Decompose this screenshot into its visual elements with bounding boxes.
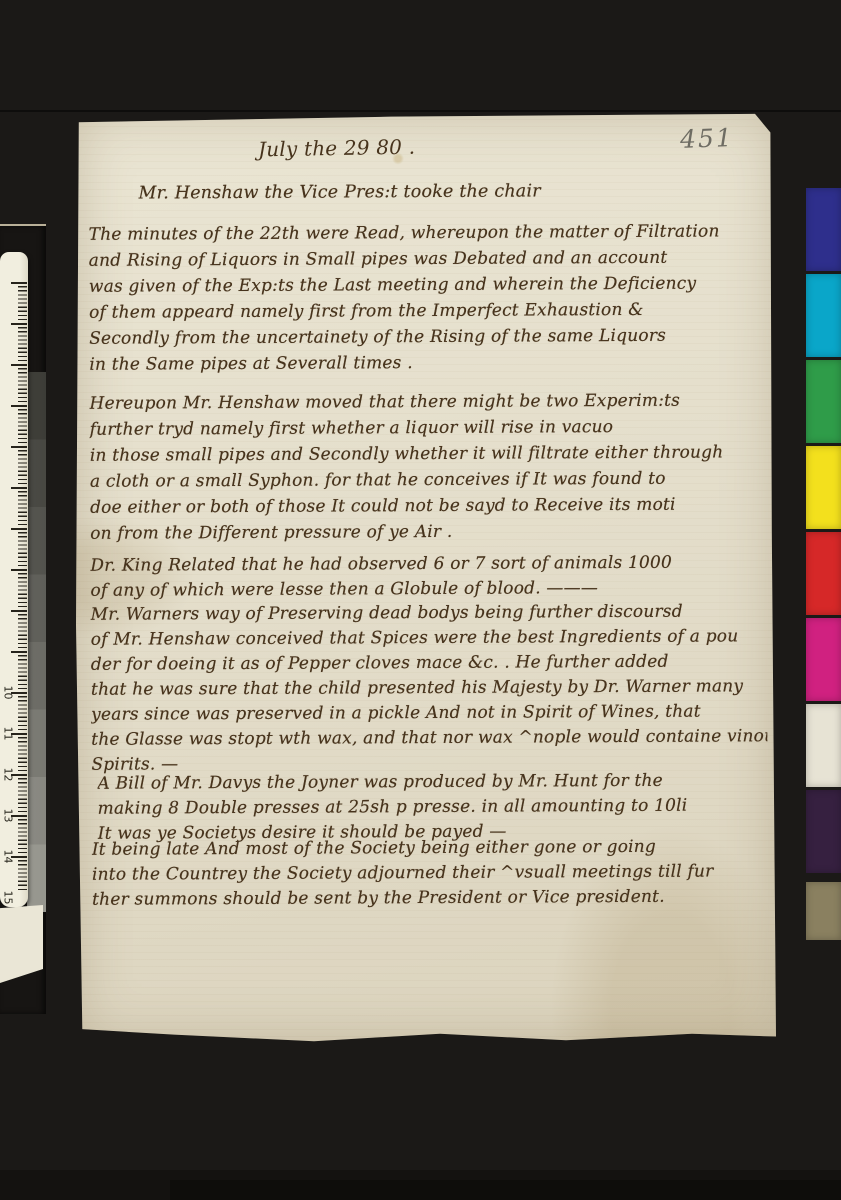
manuscript-line: and Rising of Liquors in Small pipes was… [89,244,765,274]
ruler-number: 14 [0,850,29,864]
manuscript-line: into the Countrey the Society adjourned … [92,859,768,888]
scanned-manuscript-screenshot: { "document": { "page_number": "451", "h… [0,0,841,1200]
manuscript-line: It being late And most of the Society be… [92,834,768,863]
manuscript-line: further tryd namely first whether a liqu… [90,413,766,443]
manuscript-line: was given of the Exp:ts the Last meeting… [89,270,765,300]
color-patch [806,532,841,615]
opening-line: Mr. Henshaw the Vice Pres:t tooke the ch… [138,180,758,203]
manuscript-line: Hereupon Mr. Henshaw moved that there mi… [89,387,765,417]
color-patch [806,274,841,357]
manuscript-line: of Mr. Henshaw conceived that Spices wer… [91,624,767,653]
manuscript-paragraph: Dr. King Related that he had observed 6 … [90,550,766,604]
manuscript-line: years since was preserved in a pickle An… [91,699,767,728]
scanner-bed-strip-inner [170,1180,841,1200]
manuscript-paragraph: Mr. Warners way of Preserving dead bodys… [91,599,768,778]
manuscript-line: making 8 Double presses at 25sh p presse… [98,793,774,822]
manuscript-line: on from the Different pressure of ye Air… [90,517,766,547]
manuscript-line: a cloth or a small Syphon. for that he c… [90,465,766,495]
color-patch [806,360,841,443]
ruler-numbers: 10 11 12 13 14 15 [1,672,15,918]
manuscript-line: in the Same pipes at Severall times . [89,348,765,378]
ruler-number: 15 [0,891,29,905]
page-number: 451 [680,123,735,154]
ruler-number: 12 [0,768,29,782]
calibration-plate: 10 11 12 13 14 15 [0,224,46,1014]
manuscript-line: in those small pipes and Secondly whethe… [90,439,766,469]
manuscript-line: doe either or both of those It could not… [90,491,766,521]
color-patch [806,704,841,787]
ruler-number: 10 [0,686,29,700]
manuscript-line: The minutes of the 22th were Read, where… [89,218,765,248]
date-heading: July the 29 80 . [258,135,416,162]
color-patch [806,618,841,701]
color-calibration-bar [806,188,841,940]
manuscript-paragraph: It being late And most of the Society be… [92,834,768,913]
manuscript-page: 451 July the 29 80 . Mr. Henshaw the Vic… [76,112,776,1044]
manuscript-line: Secondly from the uncertainety of the Ri… [89,322,765,352]
manuscript-paragraph: Hereupon Mr. Henshaw moved that there mi… [89,387,766,547]
color-patch [806,882,841,940]
color-patch [806,446,841,529]
color-patch [806,790,841,873]
manuscript-line: of them appeard namely first from the Im… [89,296,765,326]
ruler-end-card [0,905,43,983]
manuscript-line: Mr. Warners way of Preserving dead bodys… [91,599,767,628]
manuscript-line: the Glasse was stopt wth wax, and that n… [91,724,767,753]
backing-board-seam [0,110,841,112]
manuscript-paragraph: The minutes of the 22th were Read, where… [89,218,766,378]
manuscript-line: ther summons should be sent by the Presi… [92,884,768,913]
ruler-number: 11 [0,727,29,741]
grayscale-step-wedge [27,372,46,912]
manuscript-line: Dr. King Related that he had observed 6 … [90,550,766,579]
color-patch [806,188,841,271]
ruler: 10 11 12 13 14 15 [0,252,28,907]
manuscript-line: A Bill of Mr. Davys the Joyner was produ… [97,768,773,797]
ruler-number: 13 [0,809,29,823]
manuscript-line: that he was sure that the child presente… [91,674,767,703]
manuscript-line: der for doeing it as of Pepper cloves ma… [91,649,767,678]
